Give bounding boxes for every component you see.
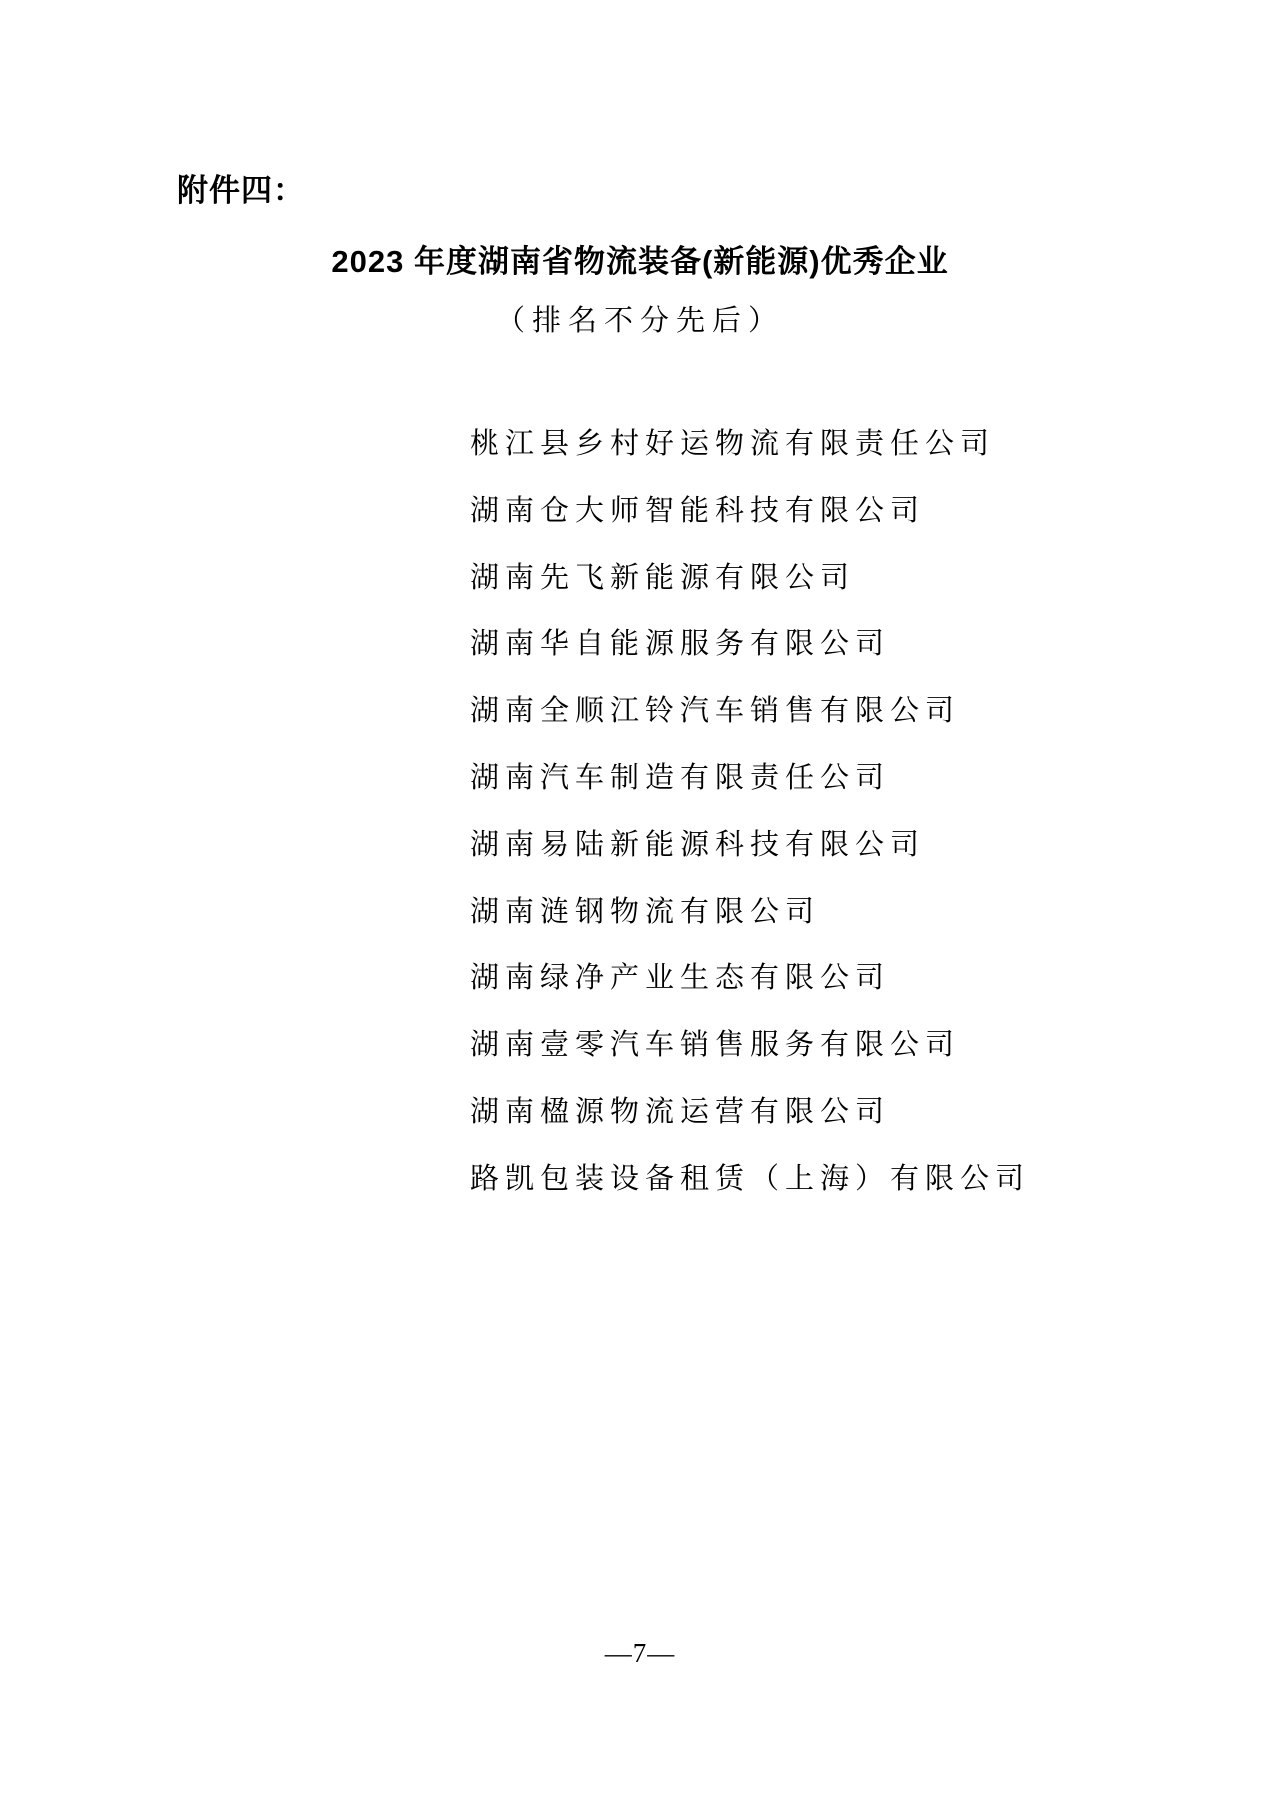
company-list-item: 湖南易陆新能源科技有限公司 bbox=[470, 825, 1030, 892]
company-list-item: 湖南楹源物流运营有限公司 bbox=[470, 1092, 1030, 1159]
company-list-item: 湖南绿净产业生态有限公司 bbox=[470, 958, 1030, 1025]
document-subtitle: （排名不分先后） bbox=[0, 298, 1280, 339]
document-page: 附件四： 2023 年度湖南省物流装备(新能源)优秀企业 （排名不分先后） 桃江… bbox=[0, 0, 1280, 1811]
company-list-item: 湖南华自能源服务有限公司 bbox=[470, 624, 1030, 691]
company-list-item: 湖南全顺江铃汽车销售有限公司 bbox=[470, 691, 1030, 758]
company-list-item: 湖南汽车制造有限责任公司 bbox=[470, 758, 1030, 825]
attachment-label: 附件四： bbox=[177, 165, 305, 210]
document-title: 2023 年度湖南省物流装备(新能源)优秀企业 bbox=[0, 236, 1280, 281]
page-number: —7— bbox=[0, 1638, 1280, 1669]
company-list-item: 湖南先飞新能源有限公司 bbox=[470, 558, 1030, 625]
company-list-item: 路凯包装设备租赁（上海）有限公司 bbox=[470, 1159, 1030, 1226]
company-list-item: 湖南涟钢物流有限公司 bbox=[470, 892, 1030, 959]
company-list-item: 桃江县乡村好运物流有限责任公司 bbox=[470, 424, 1030, 491]
company-list: 桃江县乡村好运物流有限责任公司 湖南仓大师智能科技有限公司 湖南先飞新能源有限公… bbox=[470, 424, 1030, 1226]
company-list-item: 湖南仓大师智能科技有限公司 bbox=[470, 491, 1030, 558]
company-list-item: 湖南壹零汽车销售服务有限公司 bbox=[470, 1025, 1030, 1092]
